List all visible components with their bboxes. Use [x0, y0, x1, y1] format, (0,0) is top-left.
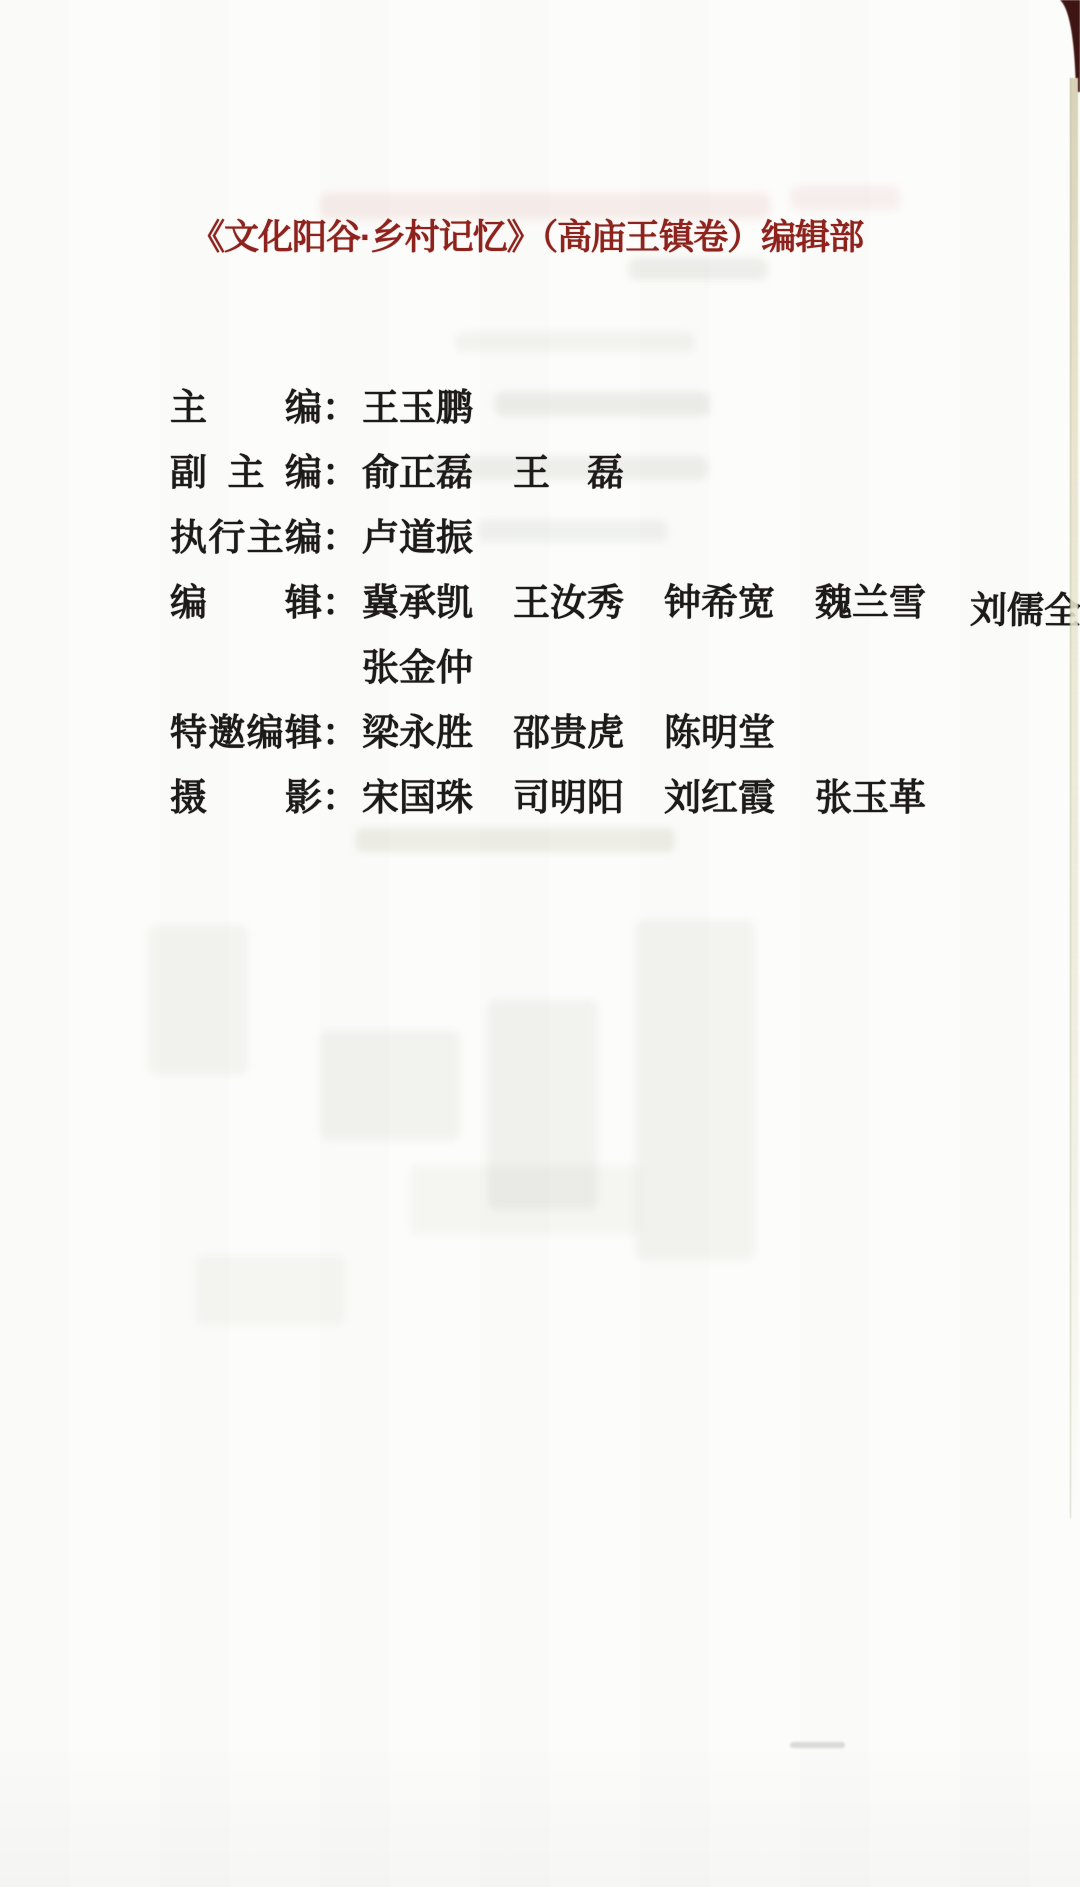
role-label: 摄 影 — [170, 778, 322, 818]
person-name: 刘红霞 — [664, 778, 775, 818]
name-list: 梁永胜 邵贵虎 陈明堂 — [362, 713, 775, 753]
role-label: 执 行 主 编 — [170, 518, 322, 558]
person-name: 俞正磊 — [362, 453, 473, 493]
person-name: 司明阳 — [513, 778, 624, 818]
bleed-through-smudge — [790, 186, 900, 210]
person-name: 张玉革 — [815, 778, 926, 818]
bleed-through-smudge — [455, 332, 695, 352]
bleed-through-smudge — [195, 1255, 345, 1325]
role-label: 主 编 — [170, 388, 322, 428]
bleed-through-smudge — [320, 1030, 460, 1140]
colon-separator: ： — [322, 713, 362, 753]
bleed-through-smudge — [320, 193, 770, 219]
role-label: 编 辑 — [170, 583, 322, 623]
person-name: 陈明堂 — [664, 713, 775, 753]
name-list: 冀承凯 王汝秀 钟希宽 魏兰雪 刘儒全 — [362, 583, 1077, 623]
colon-separator: ： — [322, 583, 362, 623]
name-list: 俞正磊 王 磊 — [362, 453, 624, 493]
name-list: 张金仲 — [362, 648, 473, 688]
person-name: 钟希宽 — [664, 583, 775, 623]
person-name: 卢道振 — [362, 518, 473, 558]
bleed-through-smudge — [635, 920, 755, 1260]
credit-row-executive-chief-editor: 执 行 主 编 ： 卢道振 — [170, 518, 1080, 555]
person-name: 宋国珠 — [362, 778, 473, 818]
page-title: 《文化阳谷·乡村记忆》（高庙王镇卷）编辑部 — [190, 218, 863, 258]
credit-row-deputy-chief-editor: 副 主 编 ： 俞正磊 王 磊 — [170, 453, 1080, 490]
scanned-book-page: 《文化阳谷·乡村记忆》（高庙王镇卷）编辑部 主 编 ： 王玉鹏 副 主 编 ： … — [0, 0, 1080, 1887]
person-name: 魏兰雪 — [815, 583, 926, 623]
person-name: 冀承凯 — [362, 583, 473, 623]
credit-row-guest-editors: 特 邀 编 辑 ： 梁永胜 邵贵虎 陈明堂 — [170, 713, 1080, 750]
person-name: 邵贵虎 — [513, 713, 624, 753]
person-name: 王 磊 — [513, 453, 624, 493]
person-name: 梁永胜 — [362, 713, 473, 753]
colon-separator: ： — [322, 518, 362, 558]
role-label: 副 主 编 — [170, 453, 322, 493]
bleed-through-smudge — [790, 1742, 845, 1748]
bleed-through-smudge — [488, 1000, 598, 1210]
name-list: 王玉鹏 — [362, 388, 473, 428]
colon-separator: ： — [322, 778, 362, 818]
person-name: 刘儒全 — [970, 591, 1080, 632]
colon-separator: ： — [322, 453, 362, 493]
bleed-through-smudge — [628, 258, 768, 280]
bleed-through-smudge — [410, 1165, 640, 1235]
person-name: 王玉鹏 — [362, 388, 473, 428]
bleed-through-smudge — [148, 925, 248, 1075]
credits-list: 主 编 ： 王玉鹏 副 主 编 ： 俞正磊 王 磊 执 行 — [170, 388, 1080, 843]
credit-row-editors-continued: 张金仲 — [170, 648, 1080, 685]
credit-row-editors: 编 辑 ： 冀承凯 王汝秀 钟希宽 魏兰雪 刘儒全 — [170, 583, 1080, 620]
role-label: 特 邀 编 辑 — [170, 713, 322, 753]
name-list: 卢道振 — [362, 518, 473, 558]
page-edge-strip — [1070, 78, 1078, 1518]
name-list: 宋国珠 司明阳 刘红霞 张玉革 — [362, 778, 926, 818]
person-name: 王汝秀 — [513, 583, 624, 623]
credit-row-chief-editor: 主 编 ： 王玉鹏 — [170, 388, 1080, 425]
person-name: 张金仲 — [362, 648, 473, 688]
colon-separator: ： — [322, 388, 362, 428]
credit-row-photography: 摄 影 ： 宋国珠 司明阳 刘红霞 张玉革 — [170, 778, 1080, 815]
